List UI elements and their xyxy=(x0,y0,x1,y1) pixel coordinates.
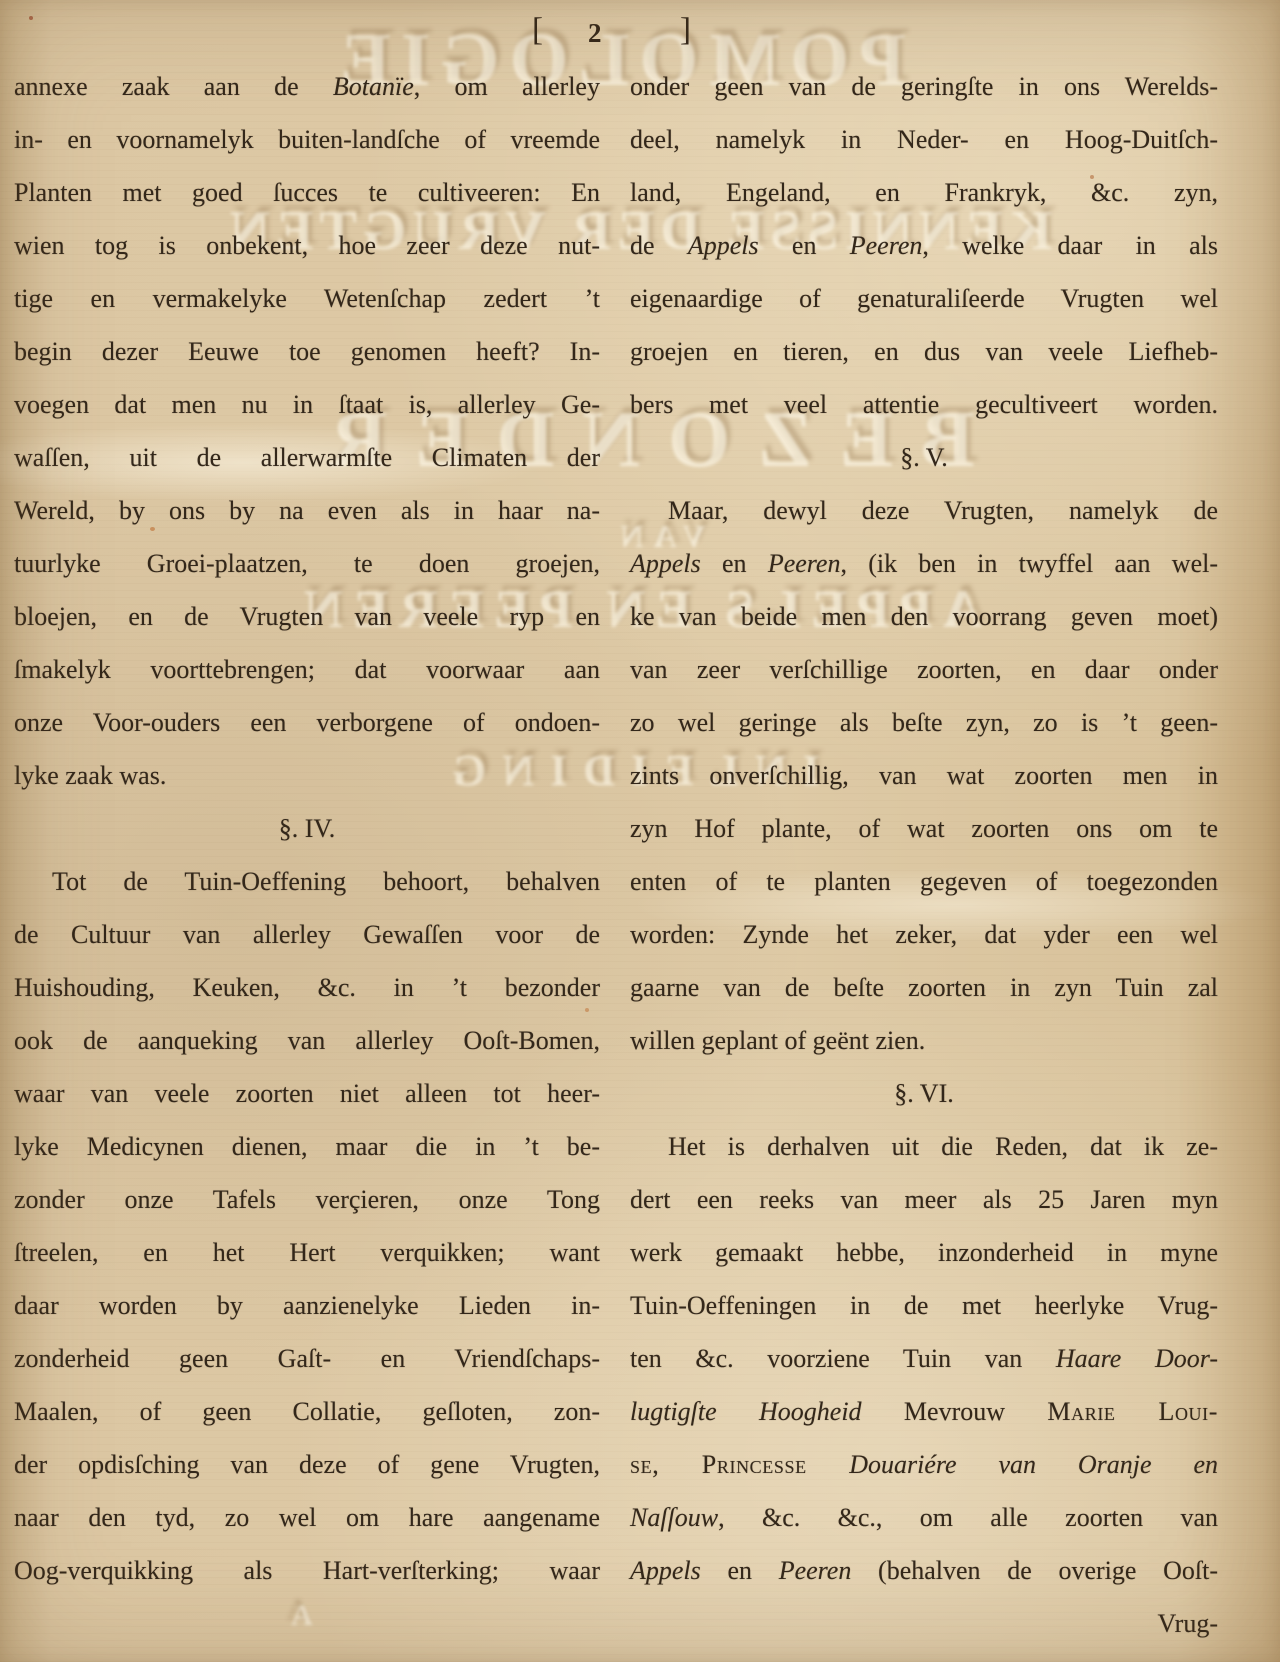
body-text: zonderheid geen Gaſt- en Vriendſchaps- xyxy=(14,1344,600,1373)
body-text: Oog-verquikking als Hart-verſterking; wa… xyxy=(14,1556,600,1585)
text-line: ſtreelen, en het Hert verquikken; want xyxy=(14,1226,600,1279)
section-heading: §. VI. xyxy=(630,1067,1218,1120)
body-text: der opdisſching van deze of gene Vrugten… xyxy=(14,1450,600,1479)
header-open-bracket: [ xyxy=(532,12,543,49)
text-line: dert een reeks van meer als 25 Jaren myn xyxy=(630,1173,1218,1226)
body-text: bloejen, en de Vrugten van veele ryp en xyxy=(14,602,600,631)
text-line: Wereld, by ons by na even als in haar na… xyxy=(14,484,600,537)
left-column: annexe zaak aan de Botanïe, om allerleyi… xyxy=(14,60,600,1597)
text-line: bers met veel attentie gecultiveert word… xyxy=(630,378,1218,431)
body-text: land, Engeland, en Frankryk, &c. zyn, xyxy=(630,178,1218,207)
text-line: Oog-verquikking als Hart-verſterking; wa… xyxy=(14,1544,600,1597)
body-text: eigenaardige of genaturaliſeerde Vrugten… xyxy=(630,284,1218,313)
italic-text: Naſſouw xyxy=(630,1503,718,1532)
text-line: Maar, dewyl deze Vrugten, namelyk de xyxy=(630,484,1218,537)
text-line: lugtigſte Hoogheid Mevrouw Marie Loui- xyxy=(630,1385,1218,1438)
page-header: [ 2 ] xyxy=(0,6,1280,56)
text-line: begin dezer Eeuwe toe genomen heeft? In- xyxy=(14,325,600,378)
body-text: werk gemaakt hebbe, inzonderheid in myne xyxy=(630,1238,1218,1267)
italic-text: Botanïe xyxy=(333,72,414,101)
text-line: daar worden by aanzienelyke Lieden in- xyxy=(14,1279,600,1332)
smallcaps-text: Marie Loui- xyxy=(1047,1397,1218,1426)
body-text: voegen dat men nu in ſtaat is, allerley … xyxy=(14,390,600,419)
body-text: de xyxy=(630,231,688,260)
text-line: lyke Medicynen dienen, maar die in ’t be… xyxy=(14,1120,600,1173)
body-text: onze Voor-ouders een verborgene of ondoe… xyxy=(14,708,600,737)
text-line: groejen en tieren, en dus van veele Lief… xyxy=(630,325,1218,378)
text-line: wien tog is onbekent, hoe zeer deze nut- xyxy=(14,219,600,272)
text-line: Appels en Peeren (behalven de overige Oo… xyxy=(630,1544,1218,1597)
text-line: ke van beide men den voorrang geven moet… xyxy=(630,590,1218,643)
text-line: zints onverſchillig, van wat zoorten men… xyxy=(630,749,1218,802)
italic-text: Peeren xyxy=(768,549,841,578)
text-line: waar van veele zoorten niet alleen tot h… xyxy=(14,1067,600,1120)
body-text: en xyxy=(701,1556,779,1585)
text-line: waſſen, uit de allerwarmſte Climaten der xyxy=(14,431,600,484)
body-text: en xyxy=(701,549,768,578)
text-line: der opdisſching van deze of gene Vrugten… xyxy=(14,1438,600,1491)
text-line: ten &c. voorziene Tuin van Haare Door- xyxy=(630,1332,1218,1385)
body-text: van zeer verſchillige zoorten, en daar o… xyxy=(630,655,1218,684)
body-text: Tuin-Oeffeningen in de met heerlyke Vrug… xyxy=(630,1291,1218,1320)
body-text: gaarne van de beſte zoorten in zyn Tuin … xyxy=(630,973,1218,1002)
book-page: { "page": { "header": { "open_bracket": … xyxy=(0,0,1280,1662)
italic-text: Appels xyxy=(688,231,759,260)
italic-text: Douariére van Oranje en xyxy=(849,1450,1218,1479)
body-text: lyke Medicynen dienen, maar die in ’t be… xyxy=(14,1132,600,1161)
text-line: Maalen, of geen Collatie, geſloten, zon- xyxy=(14,1385,600,1438)
text-line: Planten met goed ſucces te cultiveeren: … xyxy=(14,166,600,219)
body-text: in- en voornamelyk buiten-landſche of vr… xyxy=(14,125,600,154)
italic-text: lugtigſte Hoogheid xyxy=(630,1397,862,1426)
text-line: de Appels en Peeren, welke daar in als xyxy=(630,219,1218,272)
body-text: dert een reeks van meer als 25 Jaren myn xyxy=(630,1185,1218,1214)
text-line: Appels en Peeren, (ik ben in twyffel aan… xyxy=(630,537,1218,590)
body-text: de Cultuur van allerley Gewaſſen voor de xyxy=(14,920,600,949)
italic-text: Peeren xyxy=(779,1556,852,1585)
text-line: van zeer verſchillige zoorten, en daar o… xyxy=(630,643,1218,696)
body-text: , welke daar in als xyxy=(922,231,1218,260)
body-text: ſtreelen, en het Hert verquikken; want xyxy=(14,1238,600,1267)
text-line: tuurlyke Groei-plaatzen, te doen groejen… xyxy=(14,537,600,590)
text-line: zonder onze Tafels verçieren, onze Tong xyxy=(14,1173,600,1226)
text-line: Naſſouw, &c. &c., om alle zoorten van xyxy=(630,1491,1218,1544)
body-text: Mevrouw xyxy=(862,1397,1048,1426)
body-text: Maar, dewyl deze Vrugten, namelyk de xyxy=(668,496,1218,525)
smallcaps-text: se, Princesse xyxy=(630,1450,849,1479)
body-text: (behalven de overige Ooſt- xyxy=(851,1556,1218,1585)
right-column: onder geen van de geringſte in ons Werel… xyxy=(630,60,1218,1650)
text-line: de Cultuur van allerley Gewaſſen voor de xyxy=(14,908,600,961)
right-column-text: onder geen van de geringſte in ons Werel… xyxy=(630,60,1218,1597)
text-line: enten of te planten gegeven of toegezond… xyxy=(630,855,1218,908)
text-line: zo wel geringe als beſte zyn, zo is ’t g… xyxy=(630,696,1218,749)
body-text: naar den tyd, zo wel om hare aangename xyxy=(14,1503,600,1532)
body-text: annexe zaak aan de xyxy=(14,72,333,101)
body-text: Tot de Tuin-Oeffening behoort, behalven xyxy=(52,867,600,896)
body-text: zonder onze Tafels verçieren, onze Tong xyxy=(14,1185,600,1214)
text-line: worden: Zynde het zeker, dat yder een we… xyxy=(630,908,1218,961)
body-text: wien tog is onbekent, hoe zeer deze nut- xyxy=(14,231,600,260)
italic-text: Haare Door- xyxy=(1056,1344,1218,1373)
text-line: onze Voor-ouders een verborgene of ondoe… xyxy=(14,696,600,749)
text-line: Huishouding, Keuken, &c. in ’t bezonder xyxy=(14,961,600,1014)
text-line: land, Engeland, en Frankryk, &c. zyn, xyxy=(630,166,1218,219)
text-line: willen geplant of geënt zien. xyxy=(630,1014,1218,1067)
body-text: zyn Hof plante, of wat zoorten ons om te xyxy=(630,814,1218,843)
text-line: Tuin-Oeffeningen in de met heerlyke Vrug… xyxy=(630,1279,1218,1332)
section-heading: §. IV. xyxy=(14,802,600,855)
text-line: ſmakelyk voorttebrengen; dat voorwaar aa… xyxy=(14,643,600,696)
body-text: groejen en tieren, en dus van veele Lief… xyxy=(630,337,1218,366)
body-text: tuurlyke Groei-plaatzen, te doen groejen… xyxy=(14,549,600,578)
left-column-text: annexe zaak aan de Botanïe, om allerleyi… xyxy=(14,60,600,1597)
text-line: lyke zaak was. xyxy=(14,749,600,802)
page-number: 2 xyxy=(588,18,602,49)
body-text: onder geen van de geringſte in ons Werel… xyxy=(630,72,1218,101)
text-line: Tot de Tuin-Oeffening behoort, behalven xyxy=(14,855,600,908)
body-text: zo wel geringe als beſte zyn, zo is ’t g… xyxy=(630,708,1218,737)
body-text: Maalen, of geen Collatie, geſloten, zon- xyxy=(14,1397,600,1426)
body-text: deel, namelyk in Neder- en Hoog-Duitſch- xyxy=(630,125,1218,154)
text-line: ook de aanqueking van allerley Ooſt-Bome… xyxy=(14,1014,600,1067)
text-line: onder geen van de geringſte in ons Werel… xyxy=(630,60,1218,113)
body-text: daar worden by aanzienelyke Lieden in- xyxy=(14,1291,600,1320)
body-text: en xyxy=(759,231,850,260)
body-text: lyke zaak was. xyxy=(14,761,166,790)
text-line: werk gemaakt hebbe, inzonderheid in myne xyxy=(630,1226,1218,1279)
section-heading: §. V. xyxy=(630,431,1218,484)
body-text: ten &c. voorziene Tuin van xyxy=(630,1344,1056,1373)
body-text: bers met veel attentie gecultiveert word… xyxy=(630,390,1218,419)
body-text: Wereld, by ons by na even als in haar na… xyxy=(14,496,600,525)
body-text: worden: Zynde het zeker, dat yder een we… xyxy=(630,920,1218,949)
body-text: begin dezer Eeuwe toe genomen heeft? In- xyxy=(14,337,600,366)
body-text: waar van veele zoorten niet alleen tot h… xyxy=(14,1079,600,1108)
text-line: zonderheid geen Gaſt- en Vriendſchaps- xyxy=(14,1332,600,1385)
text-line: voegen dat men nu in ſtaat is, allerley … xyxy=(14,378,600,431)
text-line: bloejen, en de Vrugten van veele ryp en xyxy=(14,590,600,643)
header-close-bracket: ] xyxy=(680,12,691,49)
text-line: se, Princesse Douariére van Oranje en xyxy=(630,1438,1218,1491)
body-text: Planten met goed ſucces te cultiveeren: … xyxy=(14,178,600,207)
text-line: in- en voornamelyk buiten-landſche of vr… xyxy=(14,113,600,166)
embossed-signature-mark: A xyxy=(289,1596,311,1630)
body-text: tige en vermakelyke Wetenſchap zedert ’t xyxy=(14,284,600,313)
text-line: naar den tyd, zo wel om hare aangename xyxy=(14,1491,600,1544)
italic-text: Appels xyxy=(630,1556,701,1585)
body-text: , (ik ben in twyffel aan wel- xyxy=(840,549,1218,578)
italic-text: Appels xyxy=(630,549,701,578)
body-text: enten of te planten gegeven of toegezond… xyxy=(630,867,1218,896)
body-text: Huishouding, Keuken, &c. in ’t bezonder xyxy=(14,973,600,1002)
text-line: eigenaardige of genaturaliſeerde Vrugten… xyxy=(630,272,1218,325)
text-line: tige en vermakelyke Wetenſchap zedert ’t xyxy=(14,272,600,325)
body-text: Het is derhalven uit die Reden, dat ik z… xyxy=(668,1132,1218,1161)
body-text: ook de aanqueking van allerley Ooſt-Bome… xyxy=(14,1026,600,1055)
body-text: ke van beide men den voorrang geven moet… xyxy=(630,602,1218,631)
body-text: waſſen, uit de allerwarmſte Climaten der xyxy=(14,443,600,472)
body-text: willen geplant of geënt zien. xyxy=(630,1026,925,1055)
body-text: ſmakelyk voorttebrengen; dat voorwaar aa… xyxy=(14,655,600,684)
text-line: zyn Hof plante, of wat zoorten ons om te xyxy=(630,802,1218,855)
body-text: zints onverſchillig, van wat zoorten men… xyxy=(630,761,1218,790)
body-text: , &c. &c., om alle zoorten van xyxy=(718,1503,1218,1532)
text-line: annexe zaak aan de Botanïe, om allerley xyxy=(14,60,600,113)
catchword: Vrug- xyxy=(630,1597,1218,1650)
text-line: gaarne van de beſte zoorten in zyn Tuin … xyxy=(630,961,1218,1014)
text-line: deel, namelyk in Neder- en Hoog-Duitſch- xyxy=(630,113,1218,166)
italic-text: Peeren xyxy=(850,231,923,260)
text-line: Het is derhalven uit die Reden, dat ik z… xyxy=(630,1120,1218,1173)
body-text: , om allerley xyxy=(414,72,600,101)
